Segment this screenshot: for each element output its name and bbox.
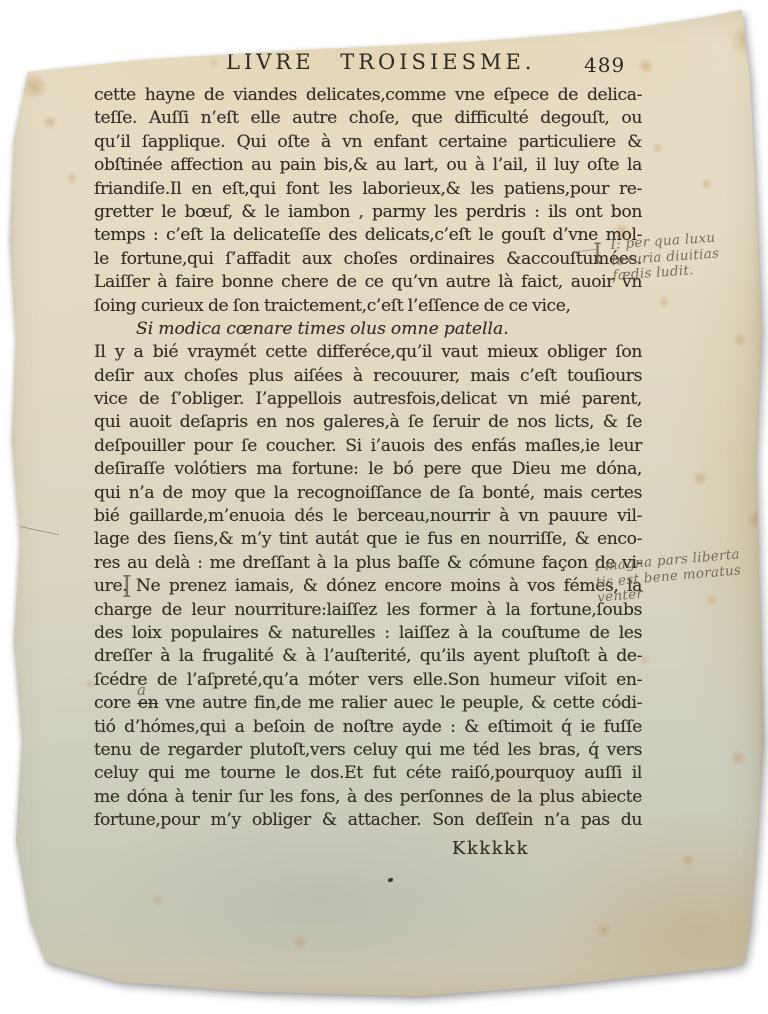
text-line: temps : c’eſt la delicateſſe des delicat… [94, 224, 642, 247]
text-line: deſpouiller pour ſe coucher. Si i’auois … [94, 435, 642, 458]
scan-background: LIVRE TROISIESME. 489 cette hayne de via… [0, 0, 768, 1014]
text-line: gretter le bœuf, & le iambon , parmy les… [94, 201, 642, 224]
text-line: Si modica cœnare times olus omne patella… [94, 318, 642, 341]
pen-scratch [20, 526, 59, 535]
text-line: qui n’a de moy que la recognoiſſance de … [94, 482, 642, 505]
text-line: deſir aux choſes plus aiſées à recouurer… [94, 365, 642, 388]
text-line: dreſſer à la frugalité & à l’auſterité, … [94, 645, 642, 668]
text-line: ſoing curieux de ſon traictement,c’eſt l… [94, 295, 642, 318]
text-line: deſiraſſe volótiers ma fortune: le bó pe… [94, 458, 642, 481]
page-number: 489 [584, 53, 625, 77]
text-line: des loix populaires & naturelles : laiſſ… [94, 622, 642, 645]
signature-mark: Kkkkkk [452, 838, 529, 859]
text-line: bié gaillarde,m’enuoia dés le berceau,no… [94, 505, 642, 528]
text-line: Laiſſer à faire bonne chere de ce qu’vn … [94, 271, 642, 294]
text-line: ſcédre de l’aſpreté,qu’a móter vers elle… [94, 669, 642, 692]
body-text: cette hayne de viandes delicates,comme v… [94, 84, 642, 833]
text-line: qui auoit deſapris en nos galeres,à ſe ſ… [94, 411, 642, 434]
text-line: lage des ſiens,& m’y tint autát que ie f… [94, 528, 642, 551]
page-shadow: LIVRE TROISIESME. 489 cette hayne de via… [0, 0, 768, 1014]
text-line: tenu de regarder plutoſt,vers celuy qui … [94, 739, 642, 762]
text-line: ure. Ne prenez iamais, & dónez encore mo… [94, 575, 642, 598]
text-line: me dóna à tenir ſur les fons, à des perſ… [94, 786, 642, 809]
text-line: le fortune,qui ſ’affadit aux choſes ordi… [94, 248, 642, 271]
text-line: teſſe. Auſſi n’eſt elle autre choſe, que… [94, 107, 642, 130]
text-line: core e̶n̶ vne autre fin,de me ralier aue… [94, 692, 642, 715]
text-line: tió d’hómes,qui a beſoin de noſtre ayde … [94, 716, 642, 739]
text-line: res au delà : me dreſſant à la plus baſſ… [94, 552, 642, 575]
running-title: LIVRE TROISIESME. [226, 50, 535, 74]
text-line: charge de leur nourriture:laiſſez les fo… [94, 599, 642, 622]
text-line: vice de ſ’obliger. I’appellois autresfoi… [94, 388, 642, 411]
book-page: LIVRE TROISIESME. 489 cette hayne de via… [0, 0, 768, 1014]
text-line: friandiſe.Il en eſt,qui font les laborie… [94, 178, 642, 201]
text-line: Il y a bié vraymét cette differéce,qu’il… [94, 341, 642, 364]
text-line: qu’il ſapplique. Qui oſte à vn enfant ce… [94, 131, 642, 154]
text-line: celuy qui me tourne le dos.Et fut céte r… [94, 762, 642, 785]
ink-speck [388, 878, 393, 882]
text-line: obſtinée affection au pain bis,& au lart… [94, 154, 642, 177]
text-line: cette hayne de viandes delicates,comme v… [94, 84, 642, 107]
text-line: fortune,pour m’y obliger & attacher. Son… [94, 809, 642, 832]
